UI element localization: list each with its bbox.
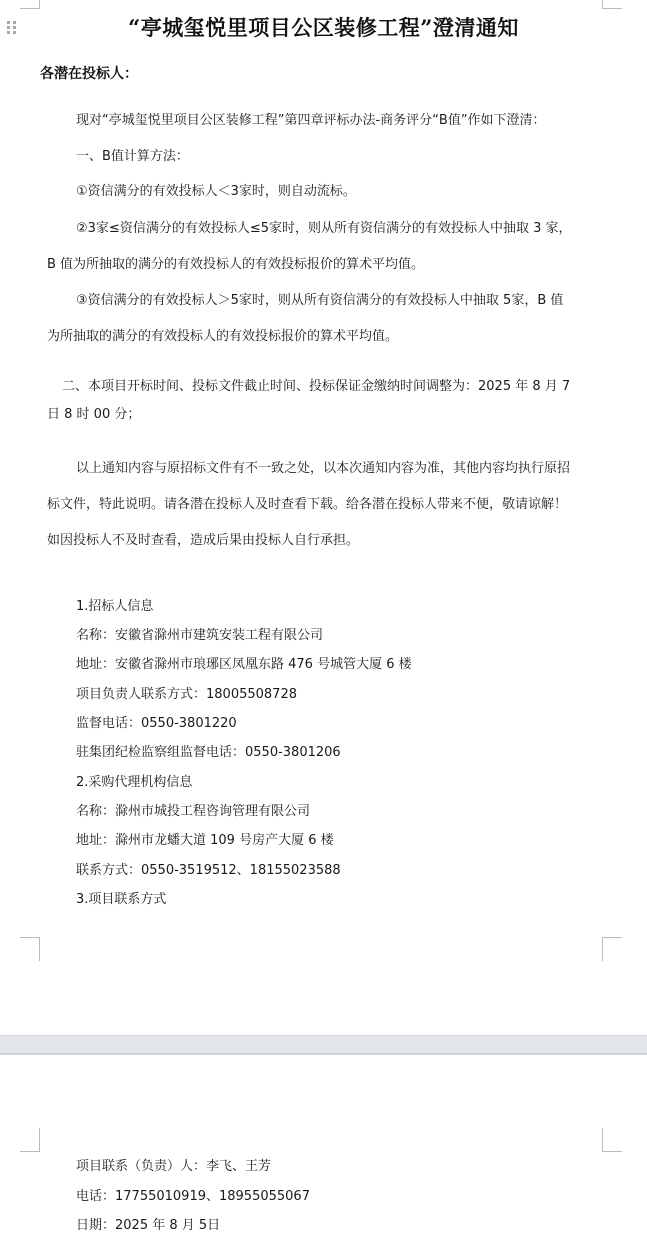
project-contact-person: 项目联系（负责）人：李飞、王芳 [76, 1158, 271, 1176]
document-page-2: 项目联系（负责）人：李飞、王芳 电话：17755010919、189550550… [0, 1055, 647, 1253]
page-corner-mark-top-right [602, 1128, 622, 1152]
rule-2-line-2: B 值为所抽取的满分的有效投标人的有效投标报价的算术平均值。 [47, 256, 424, 274]
tenderer-info-heading: 1.招标人信息 [76, 598, 153, 616]
document-title: “亭城玺悦里项目公区装修工程”澄清通知 [0, 12, 647, 42]
document-page-1: “亭城玺悦里项目公区装修工程”澄清通知 各潜在投标人： 现对“亭城玺悦里项目公区… [0, 0, 647, 1035]
project-contact-heading: 3.项目联系方式 [76, 891, 166, 909]
page-corner-mark-top-right [602, 0, 622, 9]
project-contact-phone: 电话：17755010919、18955055067 [76, 1188, 310, 1206]
project-manager-contact: 项目负责人联系方式：18005508728 [76, 686, 297, 704]
section2-line-1: 二、本项目开标时间、投标文件截止时间、投标保证金缴纳时间调整为：2025 年 8… [62, 378, 570, 396]
intro-paragraph: 现对“亭城玺悦里项目公区装修工程”第四章评标办法-商务评分“B值”作如下澄清： [76, 112, 546, 130]
page-corner-mark-bottom-left [20, 937, 40, 961]
rule-3-line-2: 为所抽取的满分的有效投标人的有效投标报价的算术平均值。 [47, 328, 398, 346]
tenderer-name: 名称：安徽省滁州市建筑安装工程有限公司 [76, 627, 323, 645]
agency-address: 地址：滁州市龙蟠大道 109 号房产大厦 6 楼 [76, 832, 334, 850]
notice-line-1: 以上通知内容与原招标文件有不一致之处，以本次通知内容为准，其他内容均执行原招 [76, 460, 570, 478]
section2-line-2: 日 8 时 00 分； [47, 406, 140, 424]
discipline-supervision-phone: 驻集团纪检监察组监督电话：0550-3801206 [76, 744, 341, 762]
salutation: 各潜在投标人： [40, 63, 138, 83]
page-corner-mark-top-left [20, 1128, 40, 1152]
page-break-gap [0, 1035, 647, 1055]
notice-line-3: 如因投标人不及时查看，造成后果由投标人自行承担。 [47, 532, 359, 550]
notice-line-2: 标文件，特此说明。请各潜在投标人及时查看下载。给各潜在投标人带来不便，敬请谅解！ [47, 496, 567, 514]
page-corner-mark-bottom-right [602, 937, 622, 961]
agency-info-heading: 2.采购代理机构信息 [76, 774, 192, 792]
agency-name: 名称：滁州市城投工程咨询管理有限公司 [76, 803, 310, 821]
section1-heading: 一、B值计算方法： [76, 148, 189, 166]
supervision-phone: 监督电话：0550-3801220 [76, 715, 237, 733]
tenderer-address: 地址：安徽省滁州市琅琊区凤凰东路 476 号城管大厦 6 楼 [76, 656, 412, 674]
rule-3-line-1: ③资信满分的有效投标人＞5家时，则从所有资信满分的有效投标人中抽取 5家，B 值 [76, 292, 563, 310]
rule-1: ①资信满分的有效投标人＜3家时，则自动流标。 [76, 183, 356, 201]
page-corner-mark-top-left [20, 0, 40, 9]
agency-contact: 联系方式：0550-3519512、18155023588 [76, 862, 341, 880]
document-date: 日期：2025 年 8 月 5日 [76, 1217, 220, 1235]
rule-2-line-1: ②3家≤资信满分的有效投标人≤5家时，则从所有资信满分的有效投标人中抽取 3 家… [76, 220, 572, 238]
